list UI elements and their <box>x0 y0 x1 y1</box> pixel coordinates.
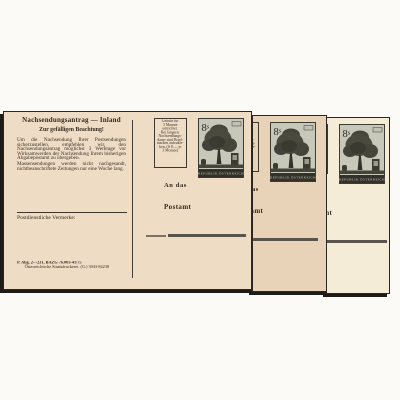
notes-divider-line <box>17 212 127 213</box>
postal-notes-label: Postdienstliche Vermerke: <box>17 215 75 221</box>
address-write-line-long <box>168 234 246 237</box>
postcard-middle: Nachsendungsantrag — Inland Zur gefällig… <box>252 115 327 292</box>
stamp-corner-label <box>232 122 241 127</box>
fee-paid-box: Gebühr für 3 Monate entrichtet. Bei läng… <box>252 122 259 172</box>
address-postoffice-label: Postamt <box>164 203 191 211</box>
printer-imprint: P. Abg. 2—231, BAZG 76.003-41/75 Österre… <box>17 261 145 270</box>
postcard-content: Nachsendungsantrag — Inland Zur gefällig… <box>4 112 251 289</box>
instructions-paragraph-1: Um die Nachsendung Ihrer Postsendungen s… <box>17 138 126 161</box>
stamp-country-name: REPUBLIK ÖSTERREICH <box>270 175 316 180</box>
postage-stamp: 8s REPUBLIK ÖSTERREICH <box>198 118 244 178</box>
postage-stamp: 8s REPUBLIK ÖSTERREICH <box>339 124 385 184</box>
postcard-content: Nachsendungsantrag — Inland Zur gefällig… <box>326 118 390 294</box>
postcard-back: Nachsendungsantrag — Inland Zur gefällig… <box>326 117 390 294</box>
address-write-line-long <box>252 238 318 241</box>
stamp-country-name: REPUBLIK ÖSTERREICH <box>339 177 385 182</box>
address-write-line-short <box>146 235 166 237</box>
stamp-country-name: REPUBLIK ÖSTERREICH <box>198 171 244 176</box>
instructions-paragraph-2: Massensendungen werden nicht nachgesandt… <box>17 162 126 171</box>
scanned-page: Nachsendungsantrag — Inland Zur gefällig… <box>0 0 400 400</box>
card-subtitle: Zur gefälligen Beachtung! <box>17 127 126 133</box>
address-write-line-long <box>326 240 387 243</box>
address-postoffice-label: Postamt <box>252 207 263 215</box>
instructions-column: Nachsendungsantrag — Inland Zur gefällig… <box>17 114 126 171</box>
postage-stamp: 8s REPUBLIK ÖSTERREICH <box>270 122 316 182</box>
postcard-content: Nachsendungsantrag — Inland Zur gefällig… <box>252 116 323 292</box>
fee-paid-text: Gebühr für 3 Monate entrichtet. Bei läng… <box>155 119 185 156</box>
imprint-line-2: Österreichische Staatsdruckerei. (G.) 30… <box>17 266 145 271</box>
column-divider-line <box>132 120 133 278</box>
fee-paid-text: Gebühr für 3 Monate entrichtet. Bei läng… <box>252 123 257 160</box>
postcard-front: Nachsendungsantrag — Inland Zur gefällig… <box>3 111 252 290</box>
stamp-corner-label <box>373 128 382 133</box>
card-title: Nachsendungsantrag — Inland <box>17 114 126 124</box>
fee-paid-box: Gebühr für 3 Monate entrichtet. Bei läng… <box>154 118 187 168</box>
address-to-label: An das <box>164 182 187 189</box>
address-to-label: An das <box>252 186 259 193</box>
stamp-corner-label <box>304 126 313 131</box>
